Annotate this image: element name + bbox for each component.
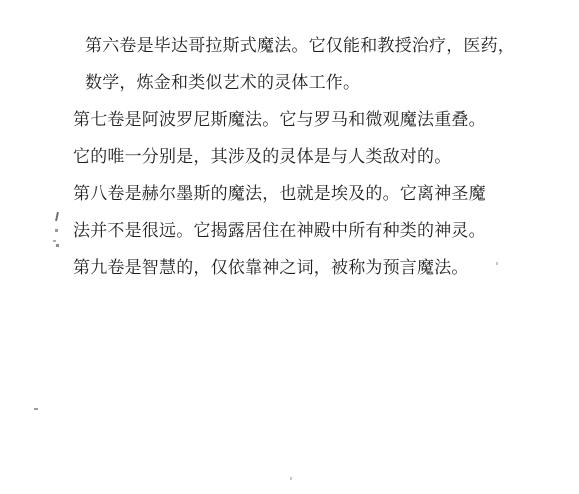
scan-artifact — [34, 408, 38, 410]
text-line: 第六卷是毕达哥拉斯式魔法。它仅能和教授治疗，医药， — [85, 27, 579, 64]
scan-artifact — [496, 262, 498, 265]
scan-artifact — [53, 240, 56, 242]
text-line: 它的唯一分别是，其涉及的灵体是与人类敌对的。 — [73, 138, 579, 175]
text-line: 数学，炼金和类似艺术的灵体工作。 — [85, 64, 579, 101]
text-line: 第七卷是阿波罗尼斯魔法。它与罗马和微观魔法重叠。 — [73, 101, 579, 138]
scan-artifact — [290, 477, 292, 480]
text-line: 法并不是很远。它揭露居住在神殿中所有种类的神灵。 — [73, 212, 579, 249]
text-line: 第八卷是赫尔墨斯的魔法，也就是埃及的。它离神圣魔 — [73, 175, 579, 212]
scan-artifact — [56, 244, 59, 247]
text-line: 第九卷是智慧的，仅依靠神之词，被称为预言魔法。 — [73, 249, 579, 286]
body-text-block: 第六卷是毕达哥拉斯式魔法。它仅能和教授治疗，医药， 数学，炼金和类似艺术的灵体工… — [0, 27, 579, 286]
scan-artifact — [55, 229, 58, 232]
scanned-book-page: 第六卷是毕达哥拉斯式魔法。它仅能和教授治疗，医药， 数学，炼金和类似艺术的灵体工… — [0, 0, 579, 494]
